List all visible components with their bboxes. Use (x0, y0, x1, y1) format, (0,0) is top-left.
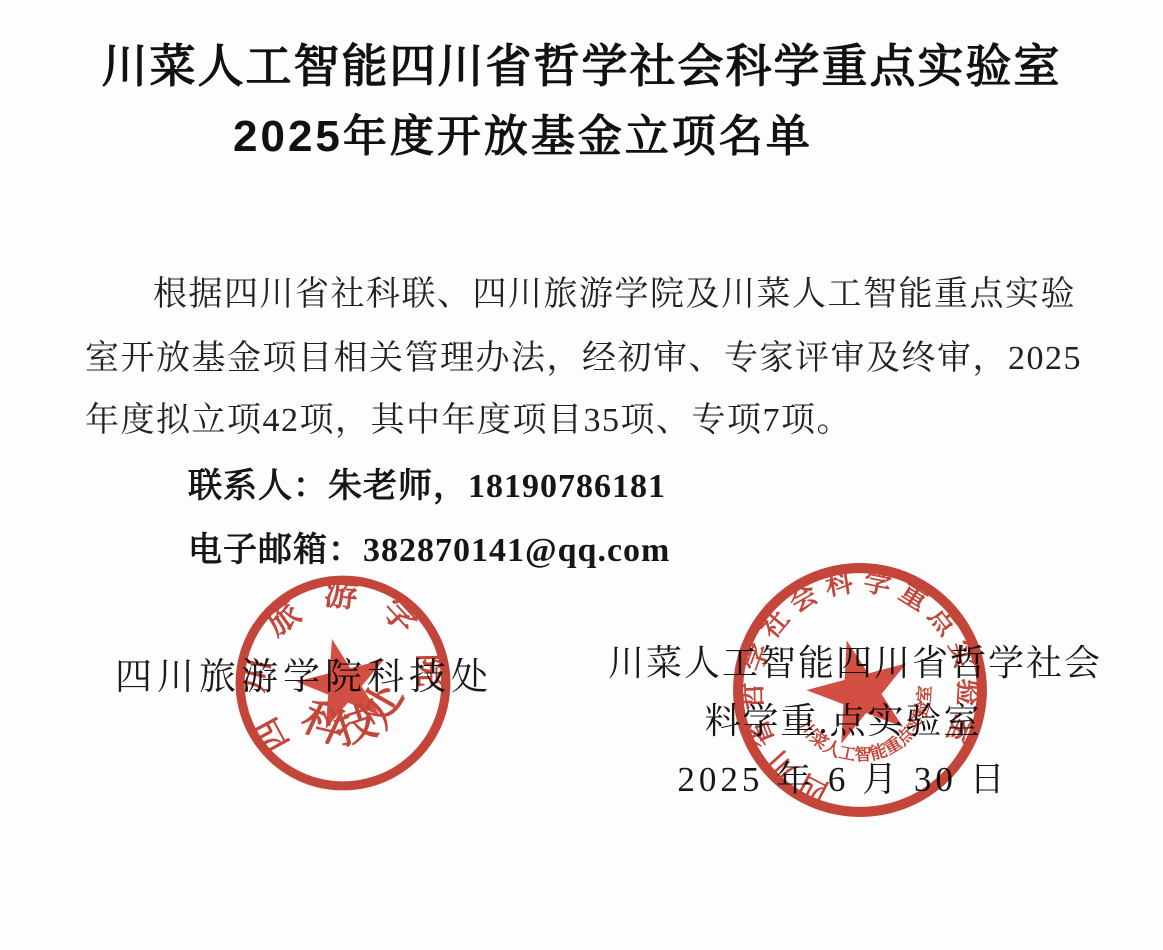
body-paragraph-line: 年度拟立项42项，其中年度项目35项、专项7项。 (85, 392, 852, 441)
document-title-line2: 2025年度开放基金立项名单 (233, 100, 813, 164)
right-signature-block: 川菜人工智能四川省哲学社会 料学重.点实验室 2025 年 6 月 30 日 (608, 634, 1078, 810)
document-page: 川菜人工智能四川省哲学社会科学重点实验室 2025年度开放基金立项名单 根据四川… (0, 0, 1163, 950)
document-title-line1: 川菜人工智能四川省哲学社会科学重点实验室 (0, 30, 1163, 96)
body-paragraph-line: 根据四川省社科联、四川旅游学院及川菜人工智能重点实验 (85, 266, 1076, 315)
body-paragraph-line: 室开放基金项目相关管理办法，经初审、专家评审及终审，2025 (85, 330, 1082, 379)
contact-email-line: 电子邮箱：382870141@qq.com (188, 522, 670, 571)
right-signature-org-line1: 川菜人工智能四川省哲学社会 (608, 634, 1078, 692)
contact-person-line: 联系人：朱老师，18190786181 (188, 458, 666, 507)
left-signature-org: 四川旅游学院科技处 (115, 646, 493, 700)
right-signature-org-line2: 料学重.点实验室 (608, 692, 1078, 750)
signature-date: 2025 年 6 月 30 日 (608, 750, 1078, 810)
